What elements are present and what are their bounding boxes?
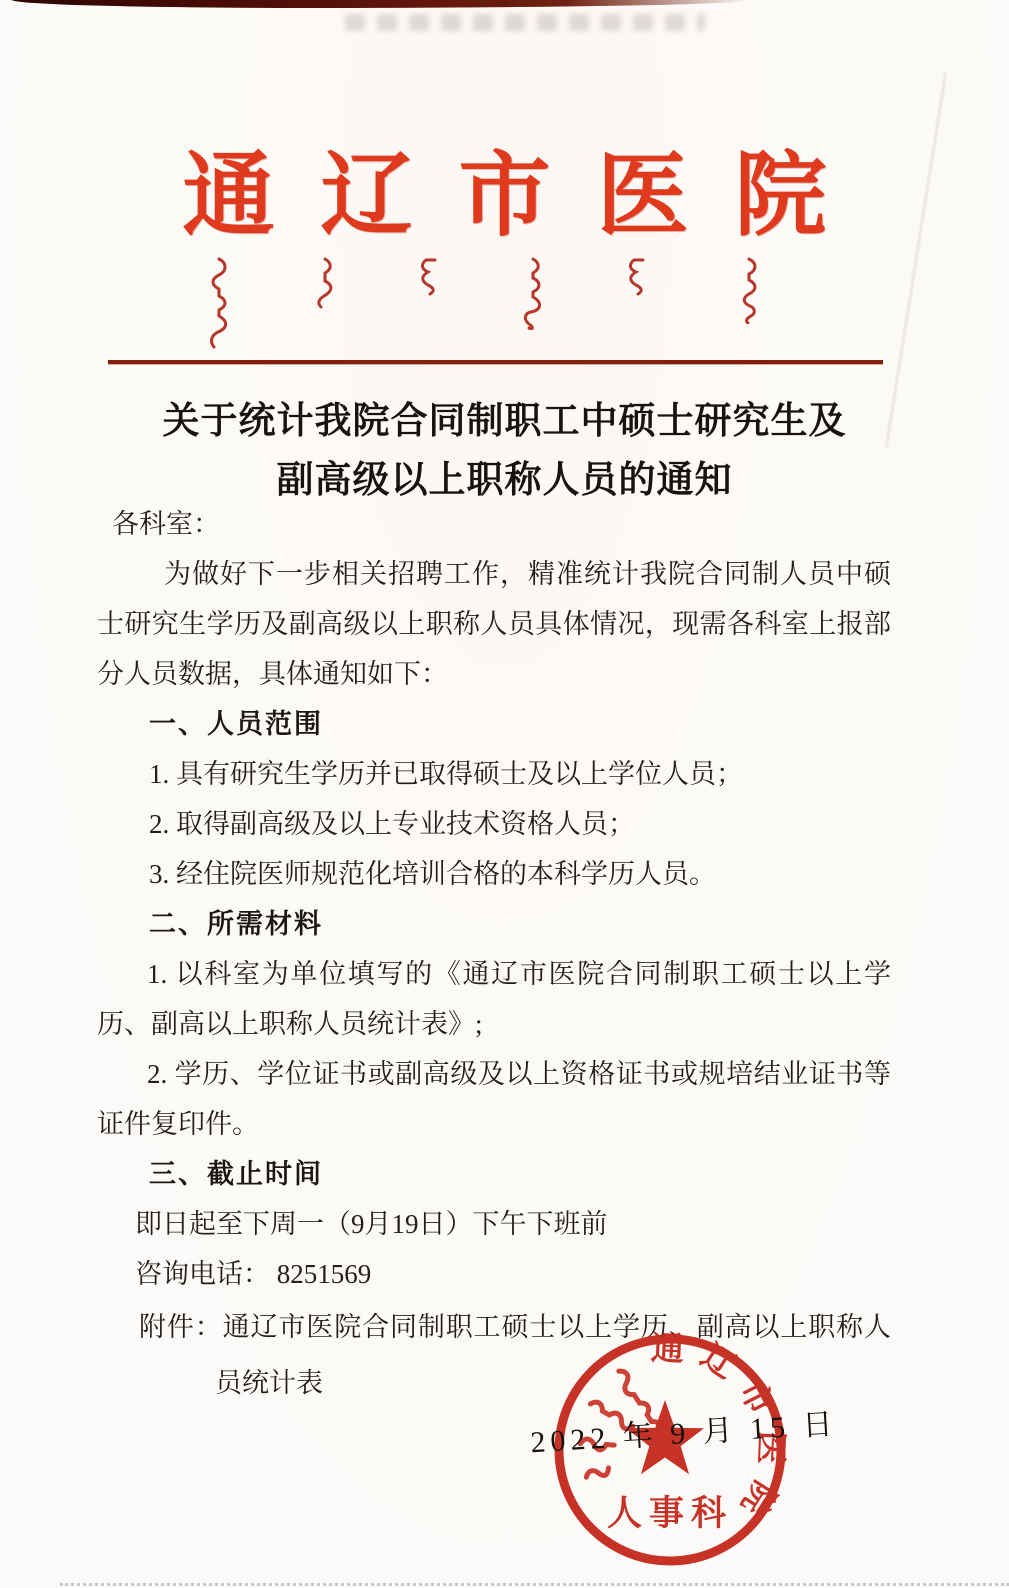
intro-paragraph: 为做好下一步相关招聘工作，精准统计我院合同制人员中硕士研究生学历及副高级以上职称… (97, 549, 891, 699)
mongolian-glyph-icon (206, 256, 232, 352)
scan-bleed-through (345, 14, 705, 31)
phone-number: 8251569 (277, 1259, 372, 1289)
section-2-item-1: 1. 以科室为单位填写的《通辽市医院合同制职工硕士以上学历、副高以上职称人员统计… (97, 949, 891, 1049)
phone-line: 咨询电话： 8251569 (135, 1249, 891, 1299)
section-2-item-2: 2. 学历、学位证书或副高级及以上资格证书或规培结业证书等证件复印件。 (97, 1049, 891, 1149)
mongolian-glyph-icon (312, 256, 338, 310)
letterhead: 通辽市医院 (0, 148, 1009, 246)
salutation: 各科室： (112, 499, 891, 549)
section-1-item-3: 3. 经住院医师规范化培训合格的本科学历人员。 (149, 849, 891, 899)
mongolian-glyph-icon (736, 256, 762, 324)
seal-bottom-text: 人事科 (607, 1494, 733, 1533)
letterhead-divider-rule (108, 360, 883, 364)
scan-top-edge-artifact (12, 0, 752, 8)
notice-title-line1: 关于统计我院合同制职工中硕士研究生及 (60, 392, 949, 451)
scan-bottom-edge-artifact (60, 1583, 1009, 1586)
mongolian-glyph-icon (520, 256, 546, 330)
scanned-notice-page: 通辽市医院 关于统计我院合同制职工中硕士研究生及 副高级以上职称人员的通知 各科… (0, 0, 1009, 1588)
mongolian-glyph-icon (624, 256, 650, 296)
hospital-name: 通辽市医院 (182, 148, 872, 246)
mongolian-glyph-icon (416, 256, 442, 296)
notice-title: 关于统计我院合同制职工中硕士研究生及 副高级以上职称人员的通知 (60, 392, 949, 510)
section-3-heading: 三、截止时间 (149, 1149, 891, 1199)
mongolian-script-row (0, 252, 1009, 356)
section-2-heading: 二、所需材料 (149, 899, 891, 949)
phone-label: 咨询电话： (135, 1259, 270, 1289)
section-1-heading: 一、人员范围 (149, 699, 891, 749)
deadline-line: 即日起至下周一（9月19日）下午下班前 (135, 1199, 891, 1249)
section-1-item-1: 1. 具有研究生学历并已取得硕士及以上学位人员； (149, 749, 891, 799)
notice-body: 各科室： 为做好下一步相关招聘工作，精准统计我院合同制人员中硕士研究生学历及副高… (97, 499, 891, 1411)
attachment-label: 附件： (139, 1312, 223, 1342)
section-1-item-2: 2. 取得副高级及以上专业技术资格人员； (149, 799, 891, 849)
